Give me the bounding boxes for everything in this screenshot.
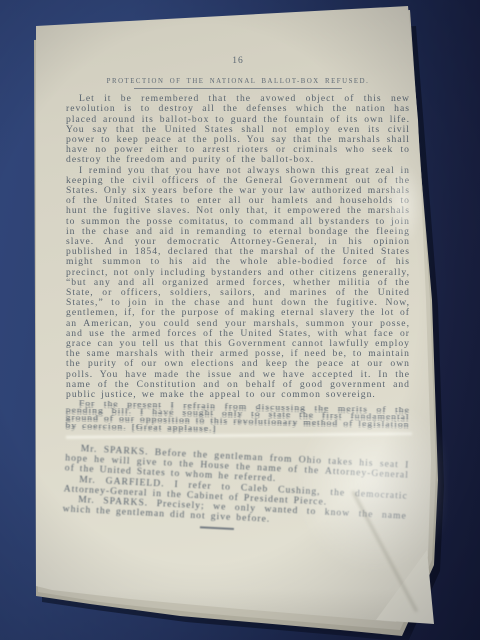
body-paragraph-2: I remind you that you have not always sh… (66, 166, 410, 401)
pamphlet-page-photo: 16 PROTECTION OF THE NATIONAL BALLOT-BOX… (0, 0, 480, 640)
body-paragraph-1: Let it be remembered that the avowed obj… (66, 94, 410, 165)
edge-crease-highlight (382, 162, 424, 246)
page-number: 16 (66, 56, 410, 66)
crease-highlight (292, 408, 442, 578)
running-head-rule (134, 88, 342, 89)
running-head: PROTECTION OF THE NATIONAL BALLOT-BOX RE… (66, 78, 410, 86)
